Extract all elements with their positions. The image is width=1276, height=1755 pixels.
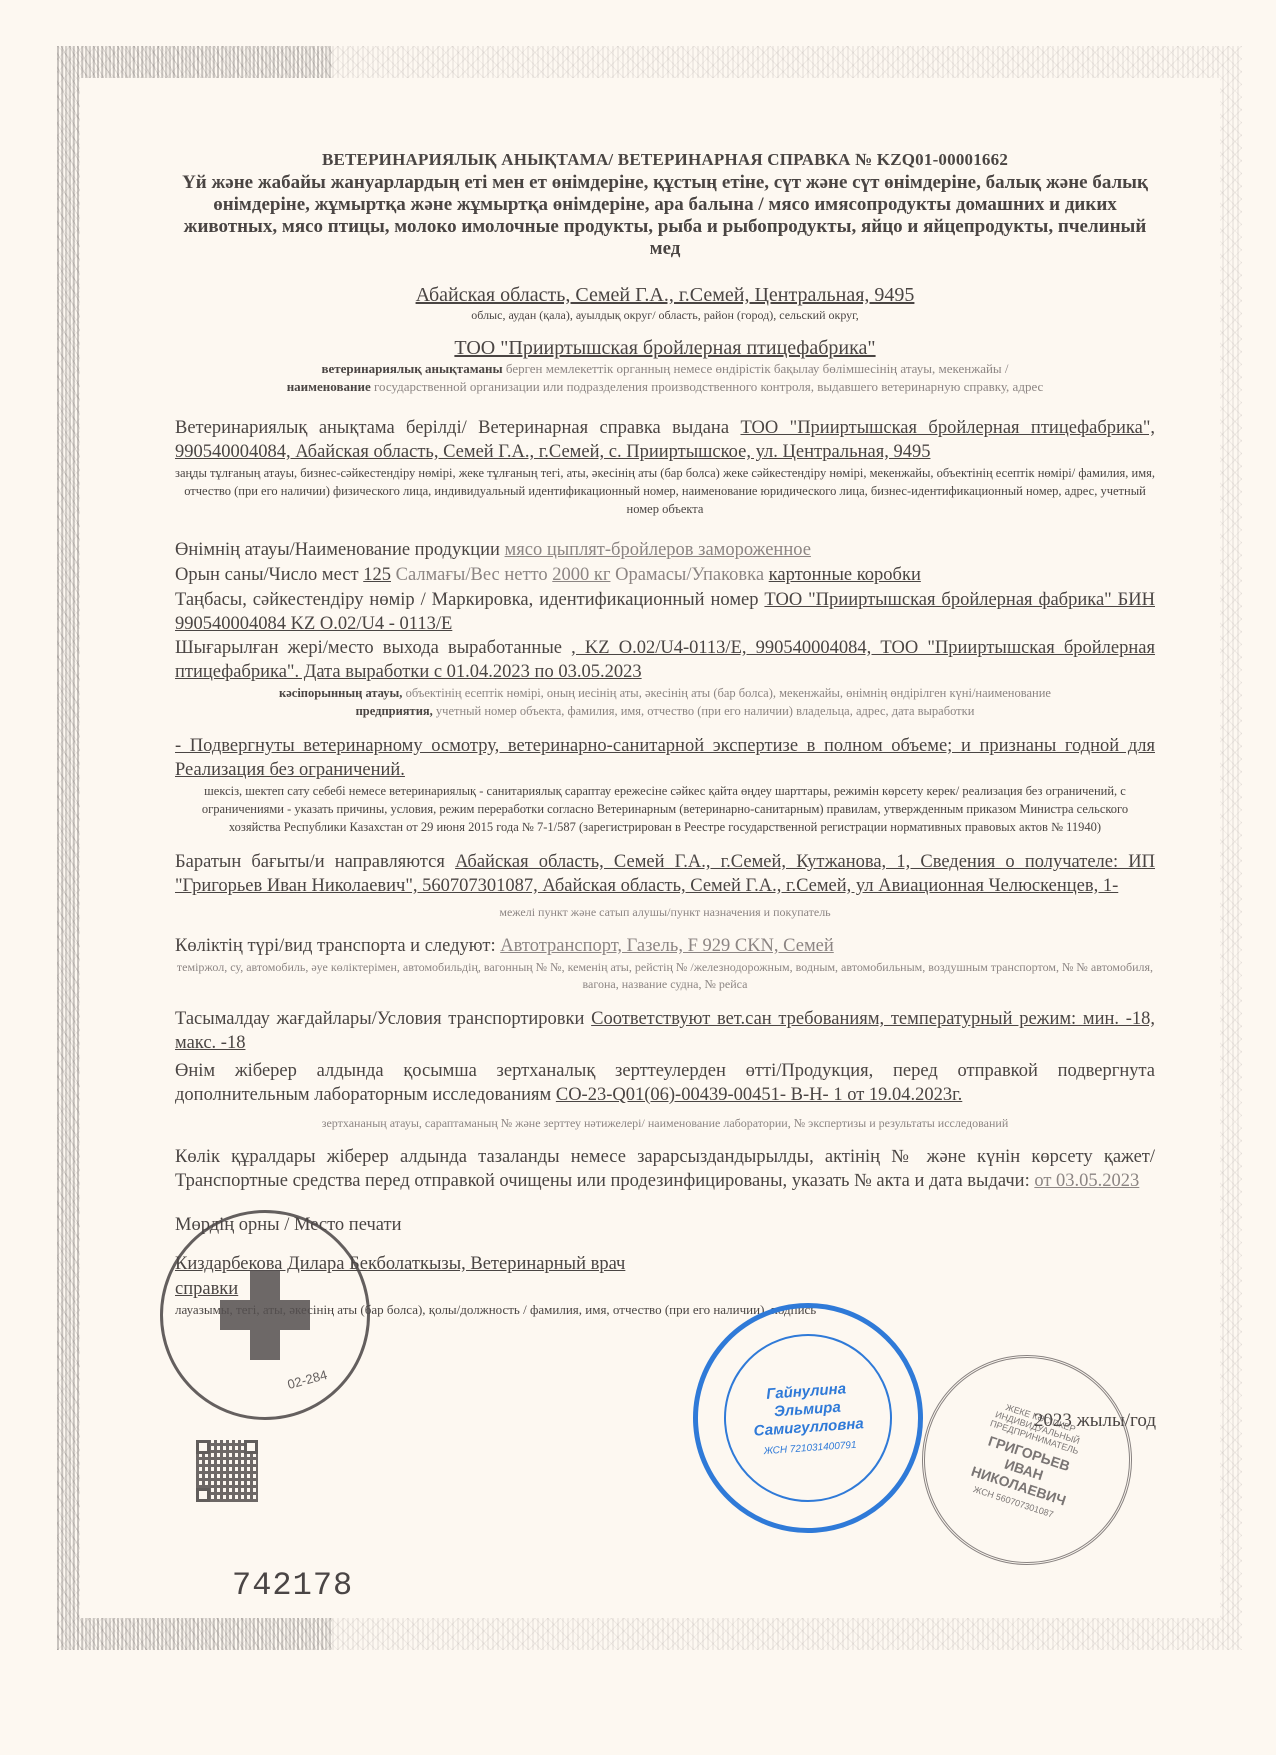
veterinary-stamp: 02-284 xyxy=(160,1210,370,1420)
lab-tests-field: Өнім жіберер алдында қосымша зертханалық… xyxy=(175,1059,1155,1107)
location-caption: облыс, аудан (қала), ауылдық округ/ обла… xyxy=(175,307,1155,323)
issuing-org-caption: ветеринариялық анықтаманы берген мемлеке… xyxy=(175,360,1155,396)
lab-tests-caption: зертхананың атауы, сараптаманың № және з… xyxy=(175,1115,1155,1131)
qr-finder-icon xyxy=(196,1440,210,1454)
transport-caption: теміржол, су, автомобиль, әуе көліктерім… xyxy=(175,959,1155,993)
qr-finder-icon xyxy=(244,1440,258,1454)
document-subtitle: Үй және жабайы жануарлардың еті мен ет ө… xyxy=(175,172,1155,260)
serial-number: 742178 xyxy=(232,1567,353,1604)
transport-conditions-field: Тасымалдау жағдайлары/Условия транспорти… xyxy=(175,1007,1155,1055)
document-title: ВЕТЕРИНАРИЯЛЫҚ АНЫҚТАМА/ ВЕТЕРИНАРНАЯ СП… xyxy=(175,150,1155,170)
inspection-result: - Подвергнуты ветеринарному осмотру, вет… xyxy=(175,734,1155,782)
issued-to-field: Ветеринариялық анықтама берілді/ Ветерин… xyxy=(175,416,1155,464)
issuing-org-value: ТОО "Прииртышская бройлерная птицефабрик… xyxy=(175,337,1155,360)
location-value: Абайская область, Семей Г.А., г.Семей, Ц… xyxy=(175,284,1155,307)
cross-icon xyxy=(220,1270,310,1360)
product-quantity-field: Орын саны/Число мест 125 Салмағы/Вес нет… xyxy=(175,563,1155,588)
certificate-sheet: ВЕТЕРИНАРИЯЛЫҚ АНЫҚТАМА/ ВЕТЕРИНАРНАЯ СП… xyxy=(0,0,1276,1755)
destination-caption: межелі пункт және сатып алушы/пункт назн… xyxy=(175,904,1155,920)
destination-field: Баратын бағыты/и направляются Абайская о… xyxy=(175,850,1155,898)
qr-code xyxy=(196,1440,258,1502)
product-origin-caption: кәсіпорынның атауы, объектінің есептік н… xyxy=(175,684,1155,720)
transport-field: Көліктің түрі/вид транспорта и следуют: … xyxy=(175,934,1155,959)
title-block: ВЕТЕРИНАРИЯЛЫҚ АНЫҚТАМА/ ВЕТЕРИНАРНАЯ СП… xyxy=(175,150,1155,260)
qr-finder-icon xyxy=(196,1488,210,1502)
product-marking-field: Таңбасы, сәйкестендіру нөмір / Маркировк… xyxy=(175,588,1155,636)
product-origin-field: Шығарылған жері/место выхода выработанны… xyxy=(175,636,1155,684)
issued-to-caption: заңды тұлғаның атауы, бизнес-сәйкестенді… xyxy=(175,464,1155,518)
product-name-field: Өнімнің атауы/Наименование продукции мяс… xyxy=(175,538,1155,563)
inspection-caption: шексіз, шектеп сату себебі немесе ветери… xyxy=(175,782,1155,836)
stamp-inner-ring xyxy=(718,1328,897,1507)
disinfection-field: Көлік құралдары жіберер алдында тазаланд… xyxy=(175,1145,1155,1193)
certificate-content: ВЕТЕРИНАРИЯЛЫҚ АНЫҚТАМА/ ВЕТЕРИНАРНАЯ СП… xyxy=(175,150,1155,1318)
